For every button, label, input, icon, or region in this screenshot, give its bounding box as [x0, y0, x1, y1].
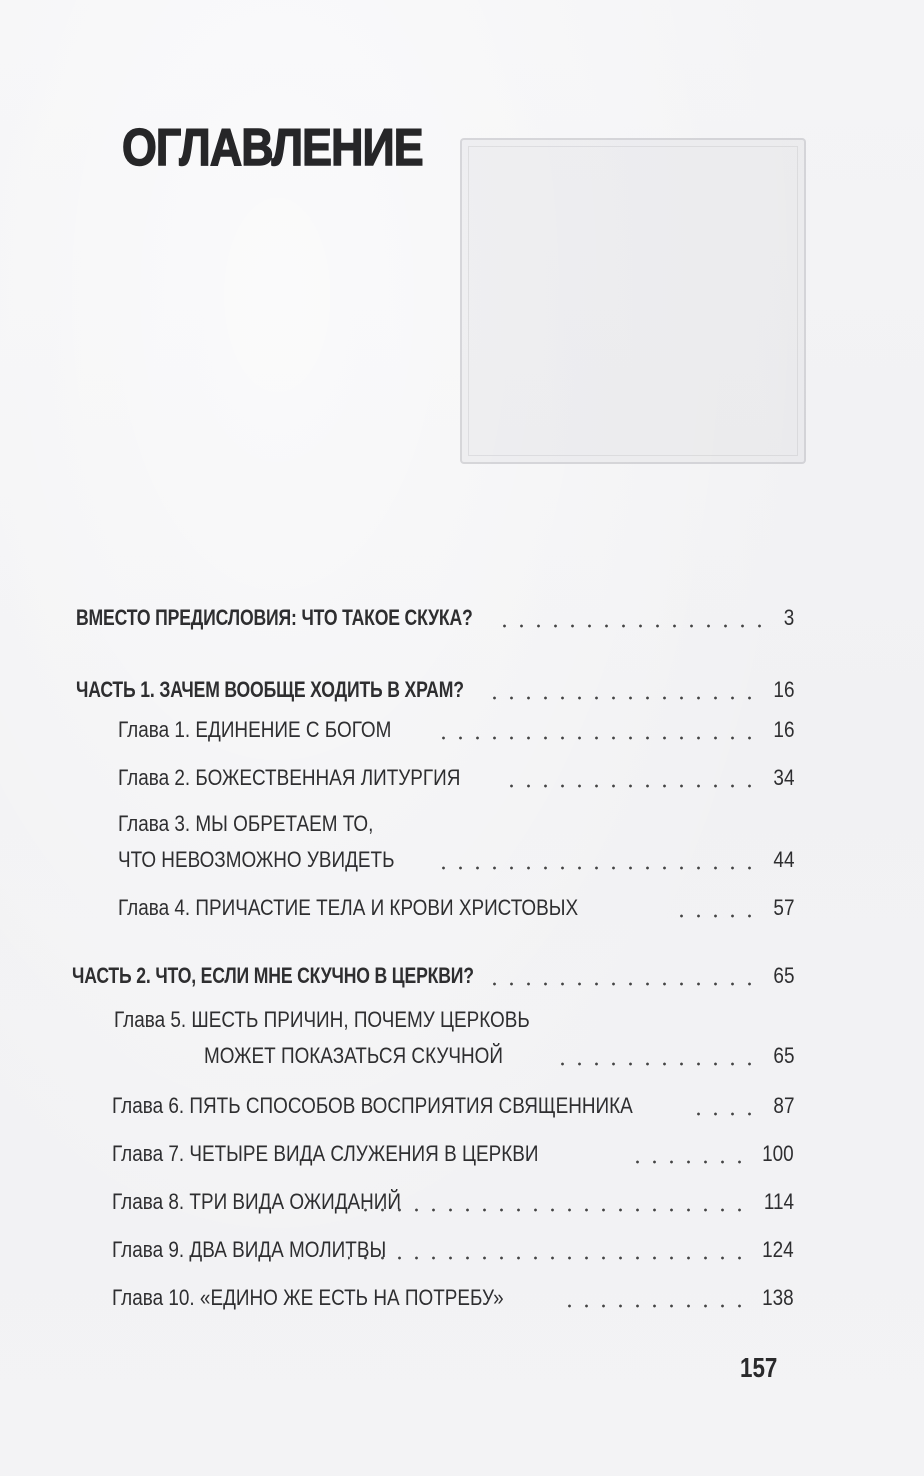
leader-dots: [622, 1160, 748, 1164]
page-title: ОГЛАВЛЕНИЕ: [122, 118, 423, 178]
toc-entry-title: Глава 5. ШЕСТЬ ПРИЧИН, ПОЧЕМУ ЦЕРКОВЬ: [114, 1006, 530, 1034]
toc-entry-chapter-6[interactable]: Глава 6. ПЯТЬ СПОСОБОВ ВОСПРИЯТИЯ СВЯЩЕН…: [112, 1092, 794, 1120]
page-number: 157: [740, 1352, 777, 1384]
toc-entry-page: 87: [773, 1092, 794, 1120]
toc-entry-page: 44: [773, 846, 794, 874]
toc-entry-title: Глава 1. ЕДИНЕНИЕ С БОГОМ: [118, 716, 391, 744]
toc-entry-title: Глава 7. ЧЕТЫРЕ ВИДА СЛУЖЕНИЯ В ЦЕРКВИ: [112, 1140, 538, 1168]
toc-entry-page: 100: [762, 1140, 794, 1168]
toc-entry-page: 16: [773, 676, 794, 704]
toc-entry-title-continued: ЧТО НЕВОЗМОЖНО УВИДЕТЬ: [118, 846, 395, 874]
leader-dots: [362, 1208, 748, 1212]
leader-dots: [696, 1112, 758, 1116]
toc-entry-preface[interactable]: ВМЕСТО ПРЕДИСЛОВИЯ: ЧТО ТАКОЕ СКУКА? 3: [76, 604, 794, 632]
leader-dots: [558, 1304, 748, 1308]
toc-entry-page: 3: [783, 604, 794, 632]
toc-entry-title: Глава 6. ПЯТЬ СПОСОБОВ ВОСПРИЯТИЯ СВЯЩЕН…: [112, 1092, 633, 1120]
toc-entry-title: ЧАСТЬ 1. ЗАЧЕМ ВООБЩЕ ХОДИТЬ В ХРАМ?: [76, 676, 464, 704]
toc-entry-title: ВМЕСТО ПРЕДИСЛОВИЯ: ЧТО ТАКОЕ СКУКА?: [76, 604, 473, 632]
toc-entry-part-2[interactable]: ЧАСТЬ 2. ЧТО, ЕСЛИ МНЕ СКУЧНО В ЦЕРКВИ? …: [72, 962, 794, 990]
toc-entry-title: ЧАСТЬ 2. ЧТО, ЕСЛИ МНЕ СКУЧНО В ЦЕРКВИ?: [72, 962, 474, 990]
leader-dots: [498, 784, 758, 788]
toc-entry-chapter-2-row[interactable]: Глава 2. БОЖЕСТВЕННАЯ ЛИТУРГИЯ 34: [118, 764, 794, 792]
toc-entry-chapter-5-line-1[interactable]: Глава 5. ШЕСТЬ ПРИЧИН, ПОЧЕМУ ЦЕРКОВЬ: [114, 1006, 794, 1034]
toc-entry-chapter-1[interactable]: Глава 1. ЕДИНЕНИЕ С БОГОМ 16: [118, 716, 794, 744]
leader-dots: [678, 914, 758, 918]
toc-entry-title: Глава 2. БОЖЕСТВЕННАЯ ЛИТУРГИЯ: [118, 764, 460, 792]
leader-dots: [550, 1062, 758, 1066]
toc-entry-title-continued: МОЖЕТ ПОКАЗАТЬСЯ СКУЧНОЙ: [204, 1042, 503, 1070]
leader-dots: [436, 866, 758, 870]
toc-entry-page: 34: [773, 764, 794, 792]
toc-entry-page: 57: [773, 894, 794, 922]
toc-entry-title: Глава 4. ПРИЧАСТИЕ ТЕЛА И КРОВИ ХРИСТОВЫ…: [118, 894, 578, 922]
leader-dots: [496, 624, 768, 628]
toc-entry-page: 16: [773, 716, 794, 744]
toc-entry-chapter-3-line-1[interactable]: Глава 3. МЫ ОБРЕТАЕМ ТО,: [118, 810, 794, 838]
toc-entry-title: Глава 9. ДВА ВИДА МОЛИТВЫ: [112, 1236, 386, 1264]
toc-entry-page: 114: [764, 1188, 794, 1216]
leader-dots: [430, 736, 758, 740]
toc-entry-page: 124: [762, 1236, 794, 1264]
toc-entry-chapter-4[interactable]: Глава 4. ПРИЧАСТИЕ ТЕЛА И КРОВИ ХРИСТОВЫ…: [118, 894, 794, 922]
toc-entry-chapter-10[interactable]: Глава 10. «ЕДИНО ЖЕ ЕСТЬ НА ПОТРЕБУ» 138: [112, 1284, 794, 1312]
toc-entry-chapter-5-line-2[interactable]: МОЖЕТ ПОКАЗАТЬСЯ СКУЧНОЙ 65: [204, 1042, 794, 1070]
toc-entry-chapter-7[interactable]: Глава 7. ЧЕТЫРЕ ВИДА СЛУЖЕНИЯ В ЦЕРКВИ 1…: [112, 1140, 794, 1168]
leader-dots: [480, 696, 758, 700]
book-page: ОГЛАВЛЕНИЕ ВМЕСТО ПРЕДИСЛОВИЯ: ЧТО ТАКОЕ…: [0, 0, 924, 1476]
toc-entry-page: 65: [773, 962, 794, 990]
toc-entry-part-1[interactable]: ЧАСТЬ 1. ЗАЧЕМ ВООБЩЕ ХОДИТЬ В ХРАМ? 16: [76, 676, 794, 704]
toc-entry-title: Глава 10. «ЕДИНО ЖЕ ЕСТЬ НА ПОТРЕБУ»: [112, 1284, 504, 1312]
toc-entry-chapter-3-line-2[interactable]: ЧТО НЕВОЗМОЖНО УВИДЕТЬ 44: [118, 846, 794, 874]
toc-entry-title: Глава 3. МЫ ОБРЕТАЕМ ТО,: [118, 810, 373, 838]
leader-dots: [482, 982, 758, 986]
toc-entry-page: 138: [762, 1284, 794, 1312]
toc-entry-title: Глава 8. ТРИ ВИДА ОЖИДАНИЙ: [112, 1188, 401, 1216]
leader-dots: [348, 1256, 748, 1260]
toc-entry-chapter-8[interactable]: Глава 8. ТРИ ВИДА ОЖИДАНИЙ 114: [112, 1188, 794, 1216]
toc-entry-page: 65: [773, 1042, 794, 1070]
bleed-through-frame: [460, 138, 806, 464]
toc-entry-chapter-9[interactable]: Глава 9. ДВА ВИДА МОЛИТВЫ 124: [112, 1236, 794, 1264]
